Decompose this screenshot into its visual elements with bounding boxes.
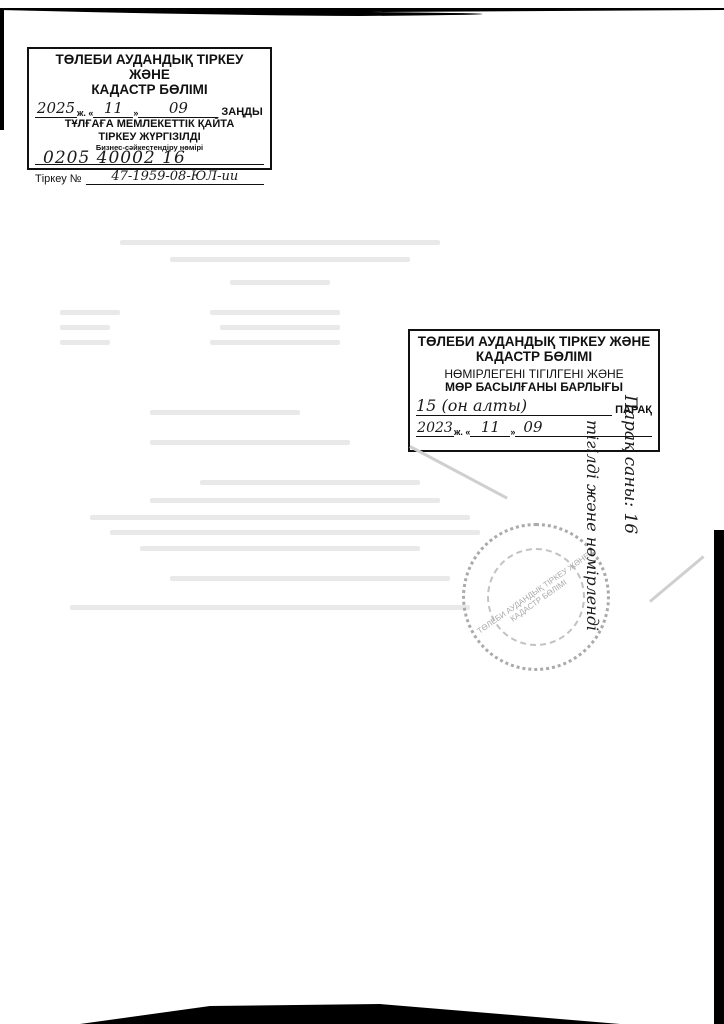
stamp2-title-line1: ТӨЛЕБИ АУДАНДЫҚ ТІРКЕУ ЖӘНЕ	[416, 334, 652, 349]
fold-shadow	[409, 445, 508, 499]
registration-stamp: ТӨЛЕБИ АУДАНДЫҚ ТІРКЕУ ЖӘНЕ КАДАСТР БӨЛІ…	[27, 47, 272, 170]
stamp-purpose-line1: ТҰЛҒАҒА МЕМЛЕКЕТТІК ҚАЙТА	[35, 118, 264, 131]
scan-edge-right	[714, 530, 724, 1024]
reg-label: Тіркеу №	[35, 173, 82, 185]
pages-value: 15 (он алты)	[416, 396, 612, 416]
stamp-title-line2: КАДАСТР БӨЛІМІ	[35, 82, 264, 97]
stamp2-date-row: 2023 ж. « 11 » 09	[416, 418, 652, 437]
reg-row: Тіркеу № 47-1959-08-ЮЛ-ии	[35, 169, 264, 185]
handwritten-binding-note: тігілді және нөмірленді	[583, 420, 602, 631]
scan-edge-bottom	[0, 994, 724, 1024]
stamp2-date-day: 11	[470, 418, 510, 437]
date-year: 2025	[35, 99, 77, 118]
fold-shadow	[649, 555, 705, 602]
stamp-date-row: 2025 ж. « 11 » 09 ЗАҢДЫ	[35, 99, 264, 118]
scan-edge-top	[0, 0, 724, 20]
scan-edge-left	[0, 10, 4, 130]
date-suffix: ЗАҢДЫ	[221, 106, 262, 118]
bin-value: 0205 40002 16	[43, 148, 186, 168]
stamp-title-line1: ТӨЛЕБИ АУДАНДЫҚ ТІРКЕУ ЖӘНЕ	[35, 52, 264, 82]
date-day: 11	[93, 99, 133, 118]
stamp2-date-year: 2023	[416, 420, 454, 437]
date-month: 09	[138, 99, 218, 118]
pages-row: 15 (он алты) ПАРАҚ	[416, 396, 652, 416]
bin-row: Бизнес-сәйкестендіру нөмірі 0205 40002 1…	[35, 144, 264, 165]
stamp2-title-line2: КАДАСТР БӨЛІМІ	[416, 349, 652, 364]
date-year-suffix: ж. «	[77, 108, 93, 118]
stamp2-sub-line2: МӨР БАСЫЛҒАНЫ БАРЛЫҒЫ	[416, 381, 652, 394]
reg-value: 47-1959-08-ЮЛ-ии	[86, 169, 264, 185]
handwritten-page-count-note: Парақ саны: 16	[620, 395, 640, 534]
stamp2-date-year-suffix: ж. «	[454, 427, 470, 437]
